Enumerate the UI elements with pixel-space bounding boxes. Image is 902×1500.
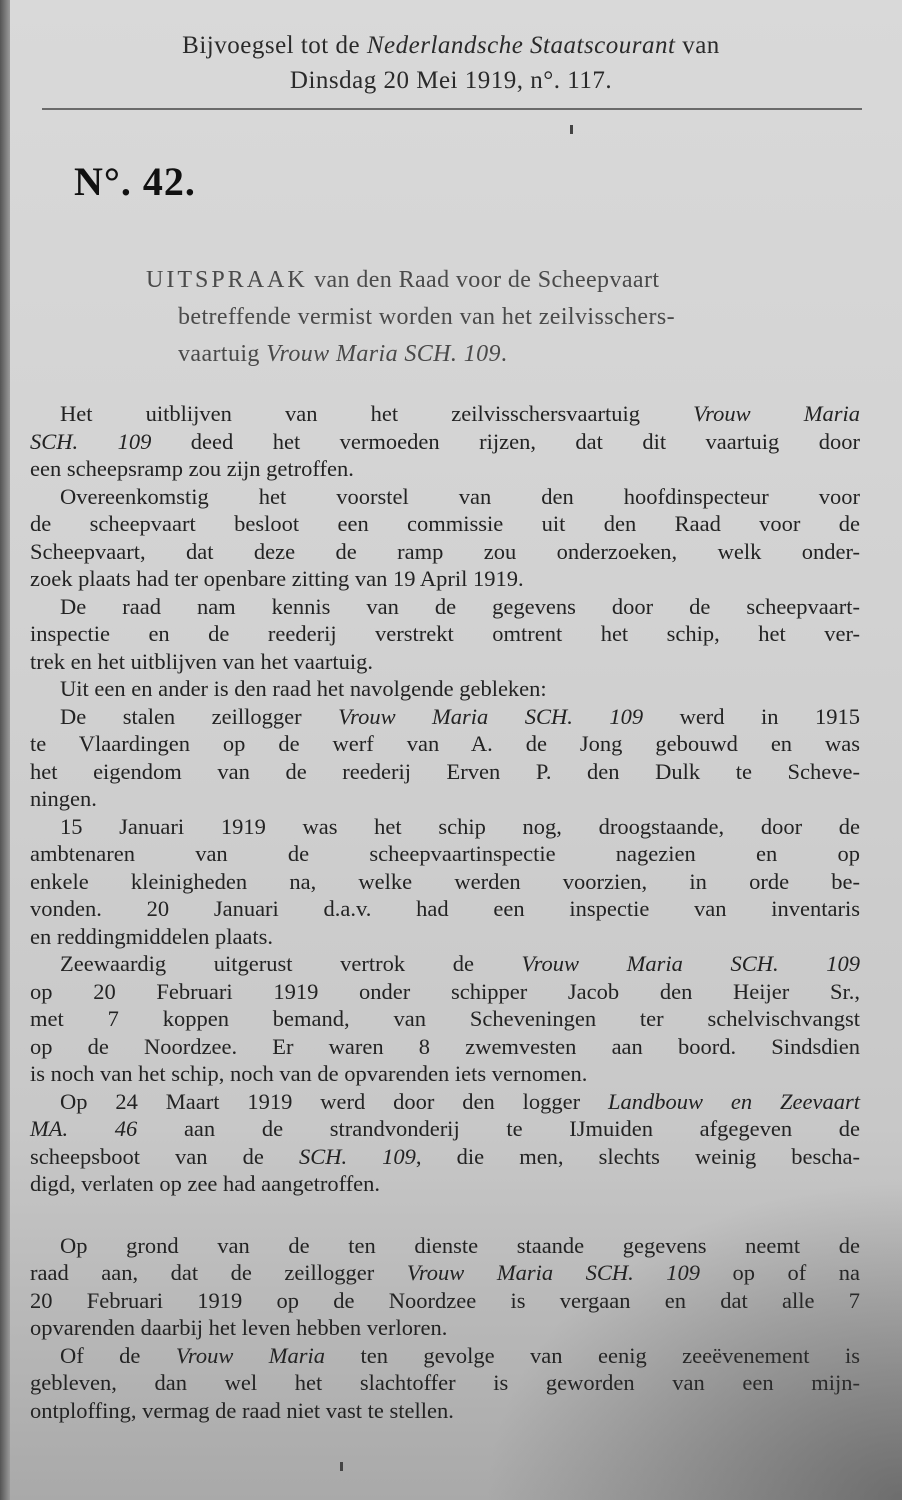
- text-line: vonden. 20 Januari d.a.v. had een inspec…: [30, 895, 860, 923]
- line-text: Het uitblijven van het zeilvisschersvaar…: [60, 401, 693, 426]
- text-line: op de Noordzee. Er waren 8 zwemvesten aa…: [30, 1033, 860, 1061]
- vessel-name: Vrouw Maria SCH. 109: [407, 1260, 700, 1285]
- line-text: te Vlaardingen op de werf van A. de Jong…: [30, 731, 860, 756]
- line-text: digd, verlaten op zee had aangetroffen.: [30, 1171, 380, 1196]
- vessel-name: Vrouw Maria: [176, 1343, 325, 1368]
- vessel-name: MA. 46: [30, 1116, 137, 1141]
- text-line: Overeenkomstig het voorstel van den hoof…: [30, 483, 860, 511]
- document-title: UITSPRAAK van den Raad voor de Scheepvaa…: [146, 262, 866, 373]
- vessel-name: Vrouw Maria SCH. 109: [522, 951, 860, 976]
- title-line-3-prefix: vaartuig: [178, 341, 266, 367]
- gazette-header: Bijvoegsel tot de Nederlandsche Staatsco…: [0, 28, 902, 98]
- title-line-1-rest: van den Raad voor de Scheepvaart: [308, 267, 660, 293]
- section-gap: [30, 1198, 860, 1232]
- text-line: Op 24 Maart 1919 werd door den logger La…: [30, 1088, 860, 1116]
- line-text: opvarenden daarbij het leven hebben verl…: [30, 1315, 447, 1340]
- line-text: 20 Februari 1919 op de Noordzee is verga…: [30, 1288, 860, 1313]
- document-page: Bijvoegsel tot de Nederlandsche Staatsco…: [0, 0, 902, 1500]
- text-line: De stalen zeillogger Vrouw Maria SCH. 10…: [30, 703, 860, 731]
- vessel-name: SCH. 109: [30, 429, 151, 454]
- title-caps: UITSPRAAK: [146, 267, 308, 293]
- title-line-3: vaartuig Vrouw Maria SCH. 109.: [146, 336, 866, 373]
- text-line: Zeewaardig uitgerust vertrok de Vrouw Ma…: [30, 950, 860, 978]
- line-text: 15 Januari 1919 was het schip nog, droog…: [60, 814, 860, 839]
- text-line: het eigendom van de reederij Erven P. de…: [30, 758, 860, 786]
- line-text: op 20 Februari 1919 onder schipper Jacob…: [30, 979, 860, 1004]
- print-speck: [570, 125, 573, 134]
- line-text: Of de: [60, 1343, 176, 1368]
- line-text: , die men, slechts weinig bescha-: [416, 1144, 860, 1169]
- line-text: ambtenaren van de scheepvaartinspectie n…: [30, 841, 860, 866]
- line-text: Op 24 Maart 1919 werd door den logger: [60, 1089, 608, 1114]
- text-line: enkele kleinigheden na, welke werden voo…: [30, 868, 860, 896]
- line-text: raad aan, dat de zeillogger: [30, 1260, 407, 1285]
- text-line: inspectie en de reederij verstrekt omtre…: [30, 620, 860, 648]
- text-line: Het uitblijven van het zeilvisschersvaar…: [30, 400, 860, 428]
- text-line: ontploffing, vermag de raad niet vast te…: [30, 1397, 860, 1425]
- line-text: aan de strandvonderij te IJmuiden afgege…: [137, 1116, 860, 1141]
- line-text: deed het vermoeden rijzen, dat dit vaart…: [151, 429, 860, 454]
- text-line: ningen.: [30, 785, 860, 813]
- line-text: ningen.: [30, 786, 97, 811]
- text-line: en reddingmiddelen plaats.: [30, 923, 860, 951]
- vessel-name: Landbouw en Zeevaart: [608, 1089, 860, 1114]
- line-text: op de Noordzee. Er waren 8 zwemvesten aa…: [30, 1034, 860, 1059]
- text-line: trek en het uitblijven van het vaartuig.: [30, 648, 860, 676]
- line-text: vonden. 20 Januari d.a.v. had een inspec…: [30, 896, 860, 921]
- text-line: MA. 46 aan de strandvonderij te IJmuiden…: [30, 1115, 860, 1143]
- vessel-name: Vrouw Maria SCH. 109: [338, 704, 643, 729]
- text-line: Scheepvaart, dat deze de ramp zou onderz…: [30, 538, 860, 566]
- document-number: N°. 42.: [74, 158, 196, 205]
- line-text: zoek plaats had ter openbare zitting van…: [30, 566, 524, 591]
- vessel-name: Vrouw Maria: [693, 401, 860, 426]
- text-line: te Vlaardingen op de werf van A. de Jong…: [30, 730, 860, 758]
- text-line: een scheepsramp zou zijn getroffen.: [30, 455, 860, 483]
- line-text: trek en het uitblijven van het vaartuig.: [30, 649, 373, 674]
- text-line: SCH. 109 deed het vermoeden rijzen, dat …: [30, 428, 860, 456]
- line-text: de scheepvaart besloot een commissie uit…: [30, 511, 860, 536]
- text-line: ambtenaren van de scheepvaartinspectie n…: [30, 840, 860, 868]
- ship-name: Vrouw Maria SCH. 109: [266, 341, 501, 367]
- title-line-3-suffix: .: [501, 341, 507, 367]
- line-text: De raad nam kennis van de gegevens door …: [60, 594, 860, 619]
- line-text: inspectie en de reederij verstrekt omtre…: [30, 621, 860, 646]
- paragraph: Of de Vrouw Maria ten gevolge van eenig …: [30, 1342, 860, 1425]
- line-text: een scheepsramp zou zijn getroffen.: [30, 456, 354, 481]
- print-speck: [340, 1462, 343, 1471]
- header-date-line: Dinsdag 20 Mei 1919, n°. 117.: [0, 63, 902, 98]
- text-line: gebleven, dan wel het slachtoffer is gew…: [30, 1369, 860, 1397]
- text-line: raad aan, dat de zeillogger Vrouw Maria …: [30, 1259, 860, 1287]
- line-text: ontploffing, vermag de raad niet vast te…: [30, 1398, 454, 1423]
- line-text: gebleven, dan wel het slachtoffer is gew…: [30, 1370, 860, 1395]
- text-line: 20 Februari 1919 op de Noordzee is verga…: [30, 1287, 860, 1315]
- text-line: is noch van het schip, noch van de opvar…: [30, 1060, 860, 1088]
- paragraph: Zeewaardig uitgerust vertrok de Vrouw Ma…: [30, 950, 860, 1088]
- text-line: Of de Vrouw Maria ten gevolge van eenig …: [30, 1342, 860, 1370]
- title-line-1: UITSPRAAK van den Raad voor de Scheepvaa…: [146, 262, 866, 299]
- text-line: de scheepvaart besloot een commissie uit…: [30, 510, 860, 538]
- header-line-1: Bijvoegsel tot de Nederlandsche Staatsco…: [0, 28, 902, 63]
- paragraph: 15 Januari 1919 was het schip nog, droog…: [30, 813, 860, 951]
- line-text: enkele kleinigheden na, welke werden voo…: [30, 869, 860, 894]
- text-line: met 7 koppen bemand, van Scheveningen te…: [30, 1005, 860, 1033]
- line-text: het eigendom van de reederij Erven P. de…: [30, 759, 860, 784]
- text-line: zoek plaats had ter openbare zitting van…: [30, 565, 860, 593]
- line-text: Uit een en ander is den raad het navolge…: [60, 676, 547, 701]
- text-line: op 20 Februari 1919 onder schipper Jacob…: [30, 978, 860, 1006]
- line-text: Scheepvaart, dat deze de ramp zou onderz…: [30, 539, 860, 564]
- document-body: Het uitblijven van het zeilvisschersvaar…: [30, 400, 860, 1424]
- text-line: opvarenden daarbij het leven hebben verl…: [30, 1314, 860, 1342]
- text-line: Op grond van de ten dienste staande gege…: [30, 1232, 860, 1260]
- paragraph: Overeenkomstig het voorstel van den hoof…: [30, 483, 860, 593]
- line-text: met 7 koppen bemand, van Scheveningen te…: [30, 1006, 860, 1031]
- line-text: De stalen zeillogger: [60, 704, 338, 729]
- line-text: werd in 1915: [643, 704, 860, 729]
- line-text: Op grond van de ten dienste staande gege…: [60, 1233, 860, 1258]
- line-text: Zeewaardig uitgerust vertrok de: [60, 951, 522, 976]
- line-text: en reddingmiddelen plaats.: [30, 924, 273, 949]
- line-text: is noch van het schip, noch van de opvar…: [30, 1061, 587, 1086]
- line-text: Overeenkomstig het voorstel van den hoof…: [60, 484, 860, 509]
- gazette-name: Nederlandsche Staatscourant: [367, 32, 676, 59]
- text-line: digd, verlaten op zee had aangetroffen.: [30, 1170, 860, 1198]
- header-divider: [42, 108, 862, 110]
- paragraph: De stalen zeillogger Vrouw Maria SCH. 10…: [30, 703, 860, 813]
- paragraph: Het uitblijven van het zeilvisschersvaar…: [30, 400, 860, 483]
- text-line: 15 Januari 1919 was het schip nog, droog…: [30, 813, 860, 841]
- paragraph: Op 24 Maart 1919 werd door den logger La…: [30, 1088, 860, 1198]
- paragraph: Uit een en ander is den raad het navolge…: [30, 675, 860, 703]
- vessel-name: SCH. 109: [299, 1144, 416, 1169]
- header-suffix: van: [675, 32, 719, 59]
- paragraph: De raad nam kennis van de gegevens door …: [30, 593, 860, 676]
- line-text: scheepsboot van de: [30, 1144, 299, 1169]
- line-text: op of na: [700, 1260, 860, 1285]
- title-line-2: betreffende vermist worden van het zeilv…: [146, 299, 866, 336]
- line-text: ten gevolge van eenig zeeëvenement is: [325, 1343, 860, 1368]
- text-line: scheepsboot van de SCH. 109, die men, sl…: [30, 1143, 860, 1171]
- text-line: Uit een en ander is den raad het navolge…: [30, 675, 860, 703]
- paragraph: Op grond van de ten dienste staande gege…: [30, 1232, 860, 1342]
- header-prefix: Bijvoegsel tot de: [182, 32, 367, 59]
- text-line: De raad nam kennis van de gegevens door …: [30, 593, 860, 621]
